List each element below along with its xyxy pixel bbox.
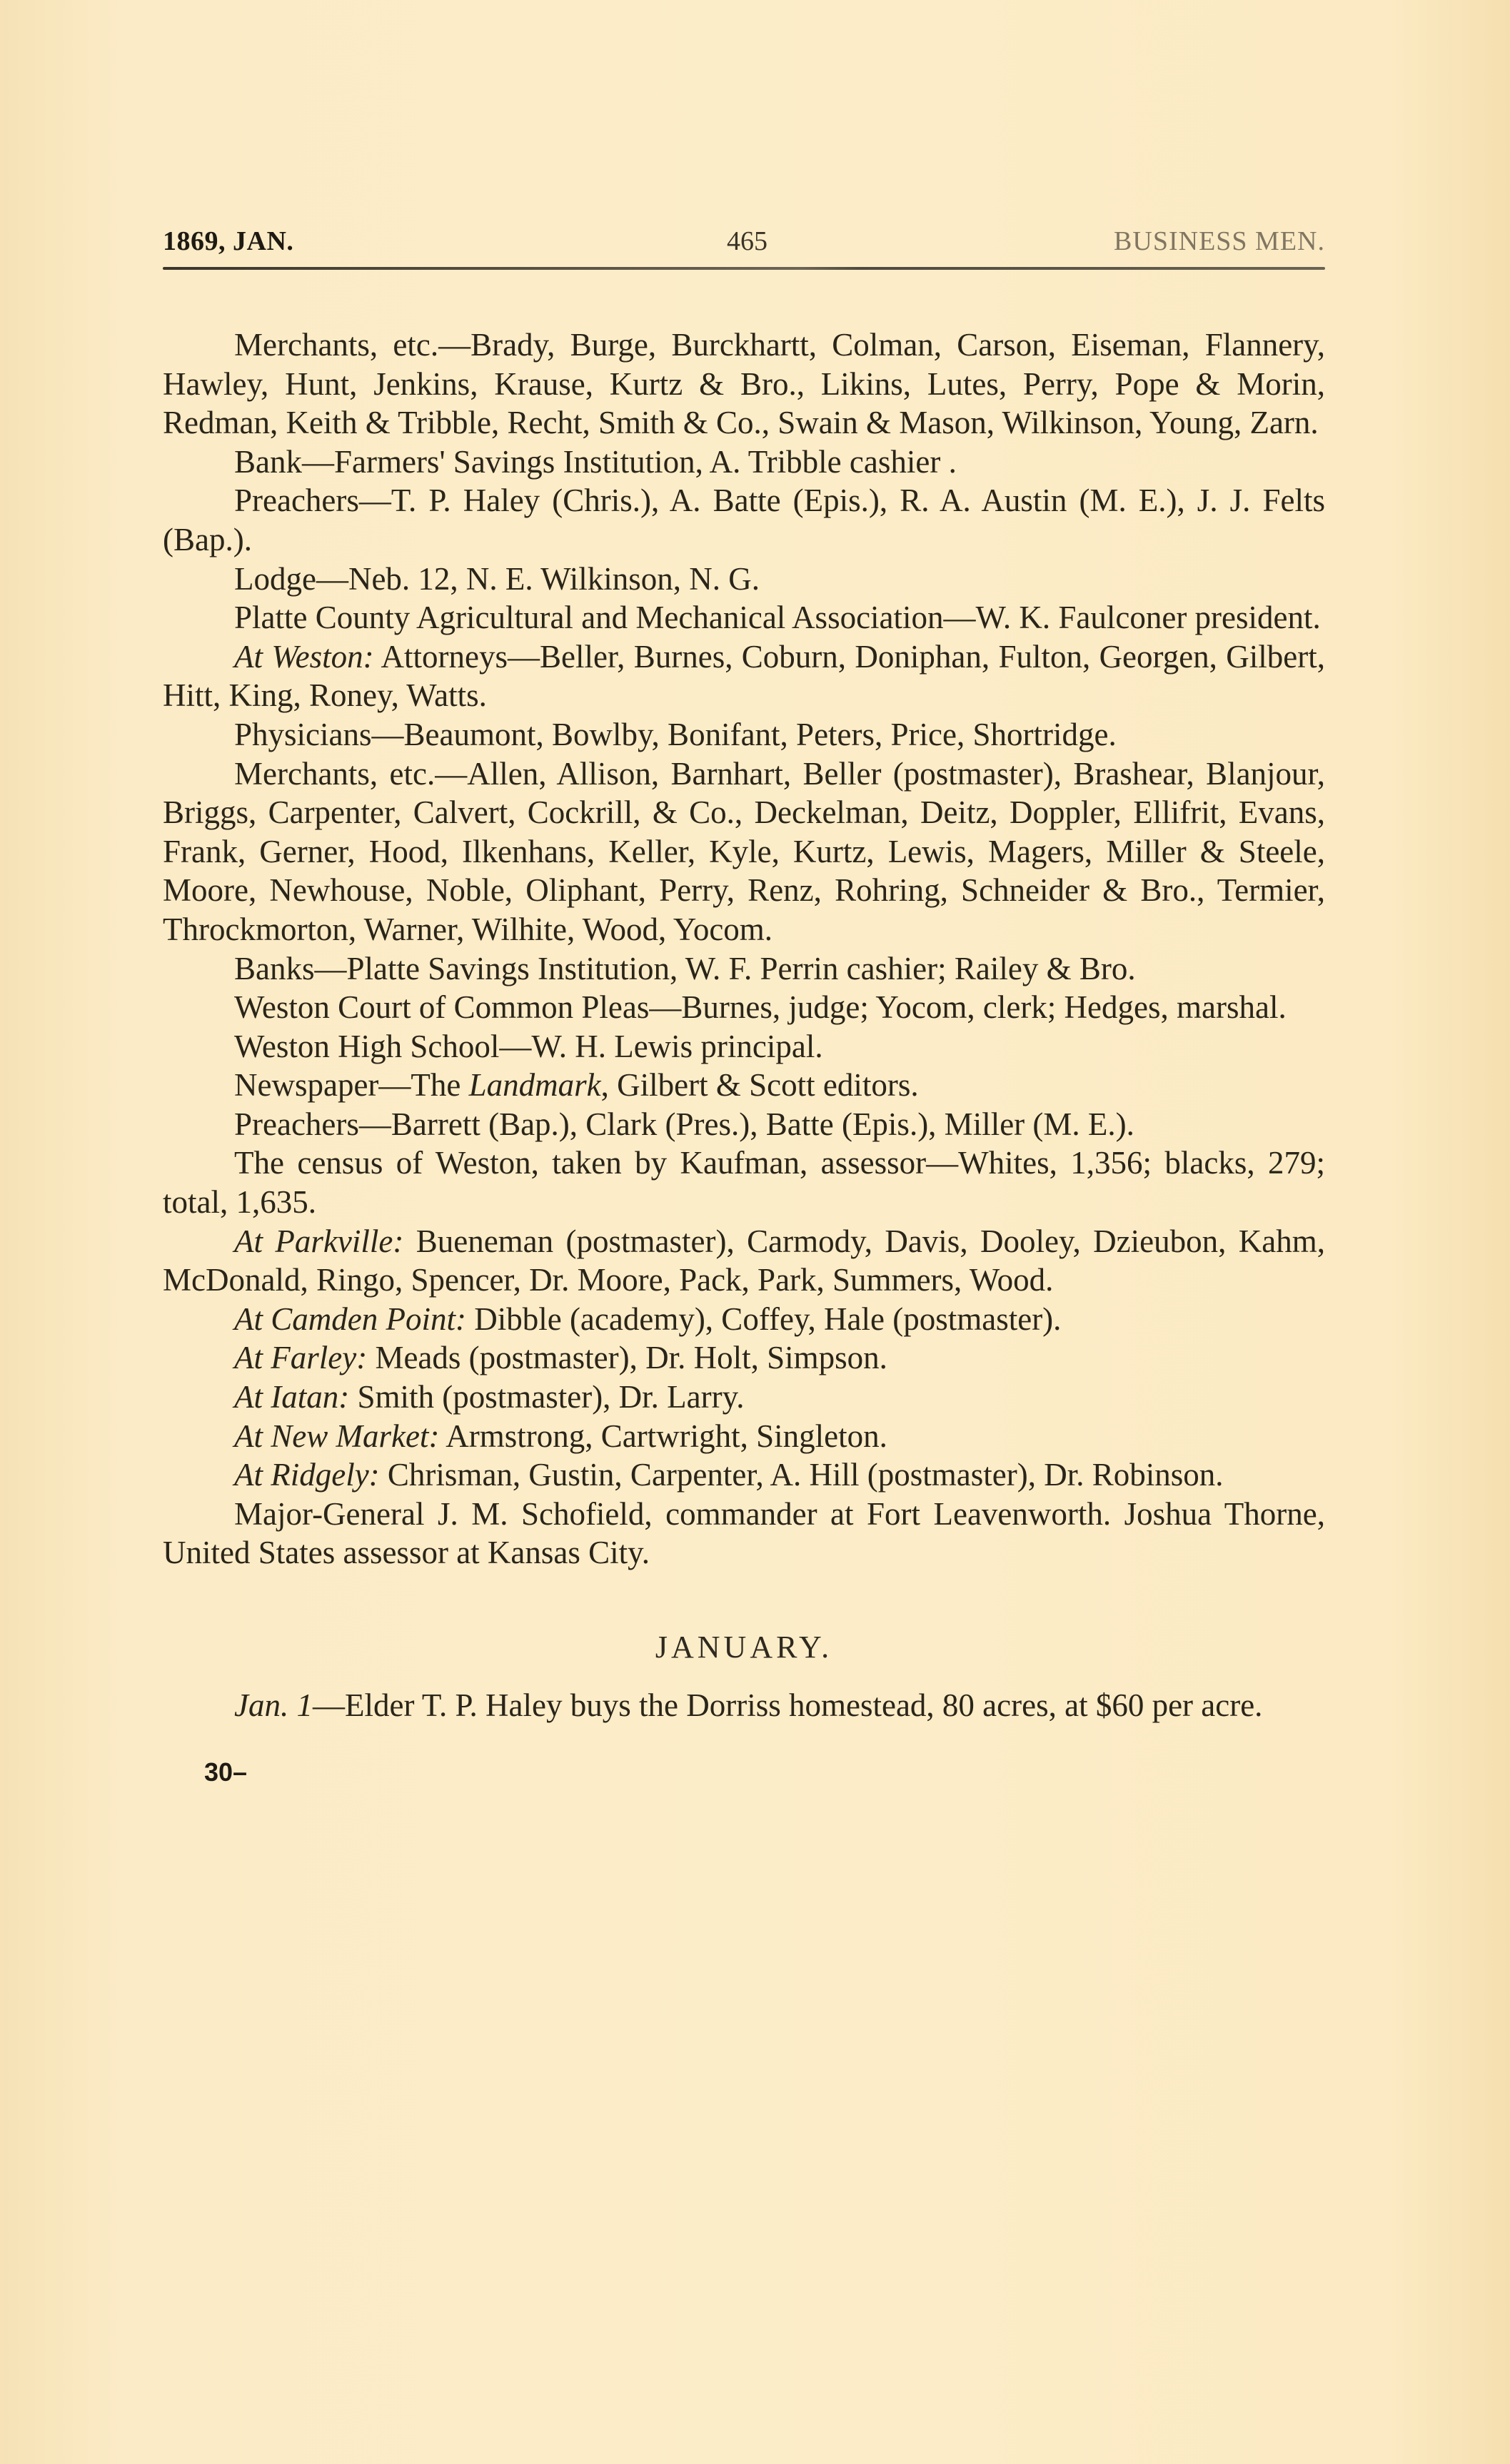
paragraph-schofield: Major-General J. M. Schofield, commander… (163, 1495, 1325, 1572)
paragraph-new-market: At New Market: Armstrong, Cartwright, Si… (163, 1417, 1325, 1456)
paragraph-weston-banks: Banks—Platte Savings Institution, W. F. … (163, 949, 1325, 989)
paragraph-weston-merchants: Merchants, etc.—Allen, Allison, Barnhart… (163, 754, 1325, 949)
running-head: 1869, JAN. 465 BUSINESS MEN. (163, 221, 1325, 261)
paragraph-weston-census: The census of Weston, taken by Kaufman, … (163, 1143, 1325, 1221)
place-name: At Iatan: (234, 1379, 349, 1415)
book-page: 1869, JAN. 465 BUSINESS MEN. Merchants, … (163, 221, 1325, 1792)
place-name: At Ridgely: (234, 1457, 380, 1493)
paragraph-ridgely: At Ridgely: Chrisman, Gustin, Carpenter,… (163, 1455, 1325, 1495)
entry-jan-1: Jan. 1—Elder T. P. Haley buys the Dorris… (163, 1686, 1325, 1725)
page-number: 465 (727, 221, 767, 261)
paragraph-camden-point: At Camden Point: Dibble (academy), Coffe… (163, 1300, 1325, 1339)
paragraph-merchants: Merchants, etc.—Brady, Burge, Burckhartt… (163, 325, 1325, 443)
paragraph-weston-school: Weston High School—W. H. Lewis principal… (163, 1027, 1325, 1066)
section-heading: JANUARY. (163, 1628, 1325, 1667)
paragraph-association: Platte County Agricultural and Mechanica… (163, 598, 1325, 637)
running-head-section: BUSINESS MEN. (1114, 221, 1325, 261)
body-text: Merchants, etc.—Brady, Burge, Burckhartt… (163, 325, 1325, 1792)
paragraph-weston-attorneys: At Weston: Attorneys—Beller, Burnes, Cob… (163, 637, 1325, 715)
paragraph-parkville: At Parkville: Bueneman (postmaster), Car… (163, 1222, 1325, 1300)
entry-date: Jan. 1 (234, 1687, 313, 1723)
signature-mark: 30– (204, 1753, 1325, 1792)
paragraph-weston-physicians: Physicians—Beaumont, Bowlby, Bonifant, P… (163, 715, 1325, 754)
running-head-date: 1869, JAN. (163, 221, 293, 261)
paragraph-bank: Bank—Farmers' Savings Institution, A. Tr… (163, 443, 1325, 482)
paragraph-iatan: At Iatan: Smith (postmaster), Dr. Larry. (163, 1378, 1325, 1417)
place-name: At Farley: (234, 1340, 367, 1375)
place-name: At Camden Point: (234, 1301, 466, 1337)
newspaper-title: Landmark (469, 1067, 601, 1103)
paragraph-farley: At Farley: Meads (postmaster), Dr. Holt,… (163, 1338, 1325, 1378)
paragraph-preachers: Preachers—T. P. Haley (Chris.), A. Batte… (163, 481, 1325, 559)
paragraph-weston-newspaper: Newspaper—The Landmark, Gilbert & Scott … (163, 1066, 1325, 1105)
paragraph-weston-court: Weston Court of Common Pleas—Burnes, jud… (163, 988, 1325, 1027)
header-rule (163, 267, 1325, 270)
paragraph-weston-preachers: Preachers—Barrett (Bap.), Clark (Pres.),… (163, 1105, 1325, 1144)
paragraph-lodge: Lodge—Neb. 12, N. E. Wilkinson, N. G. (163, 560, 1325, 599)
place-name: At Parkville: (234, 1223, 403, 1259)
place-name: At Weston: (234, 639, 374, 675)
place-name: At New Market: (234, 1418, 439, 1454)
